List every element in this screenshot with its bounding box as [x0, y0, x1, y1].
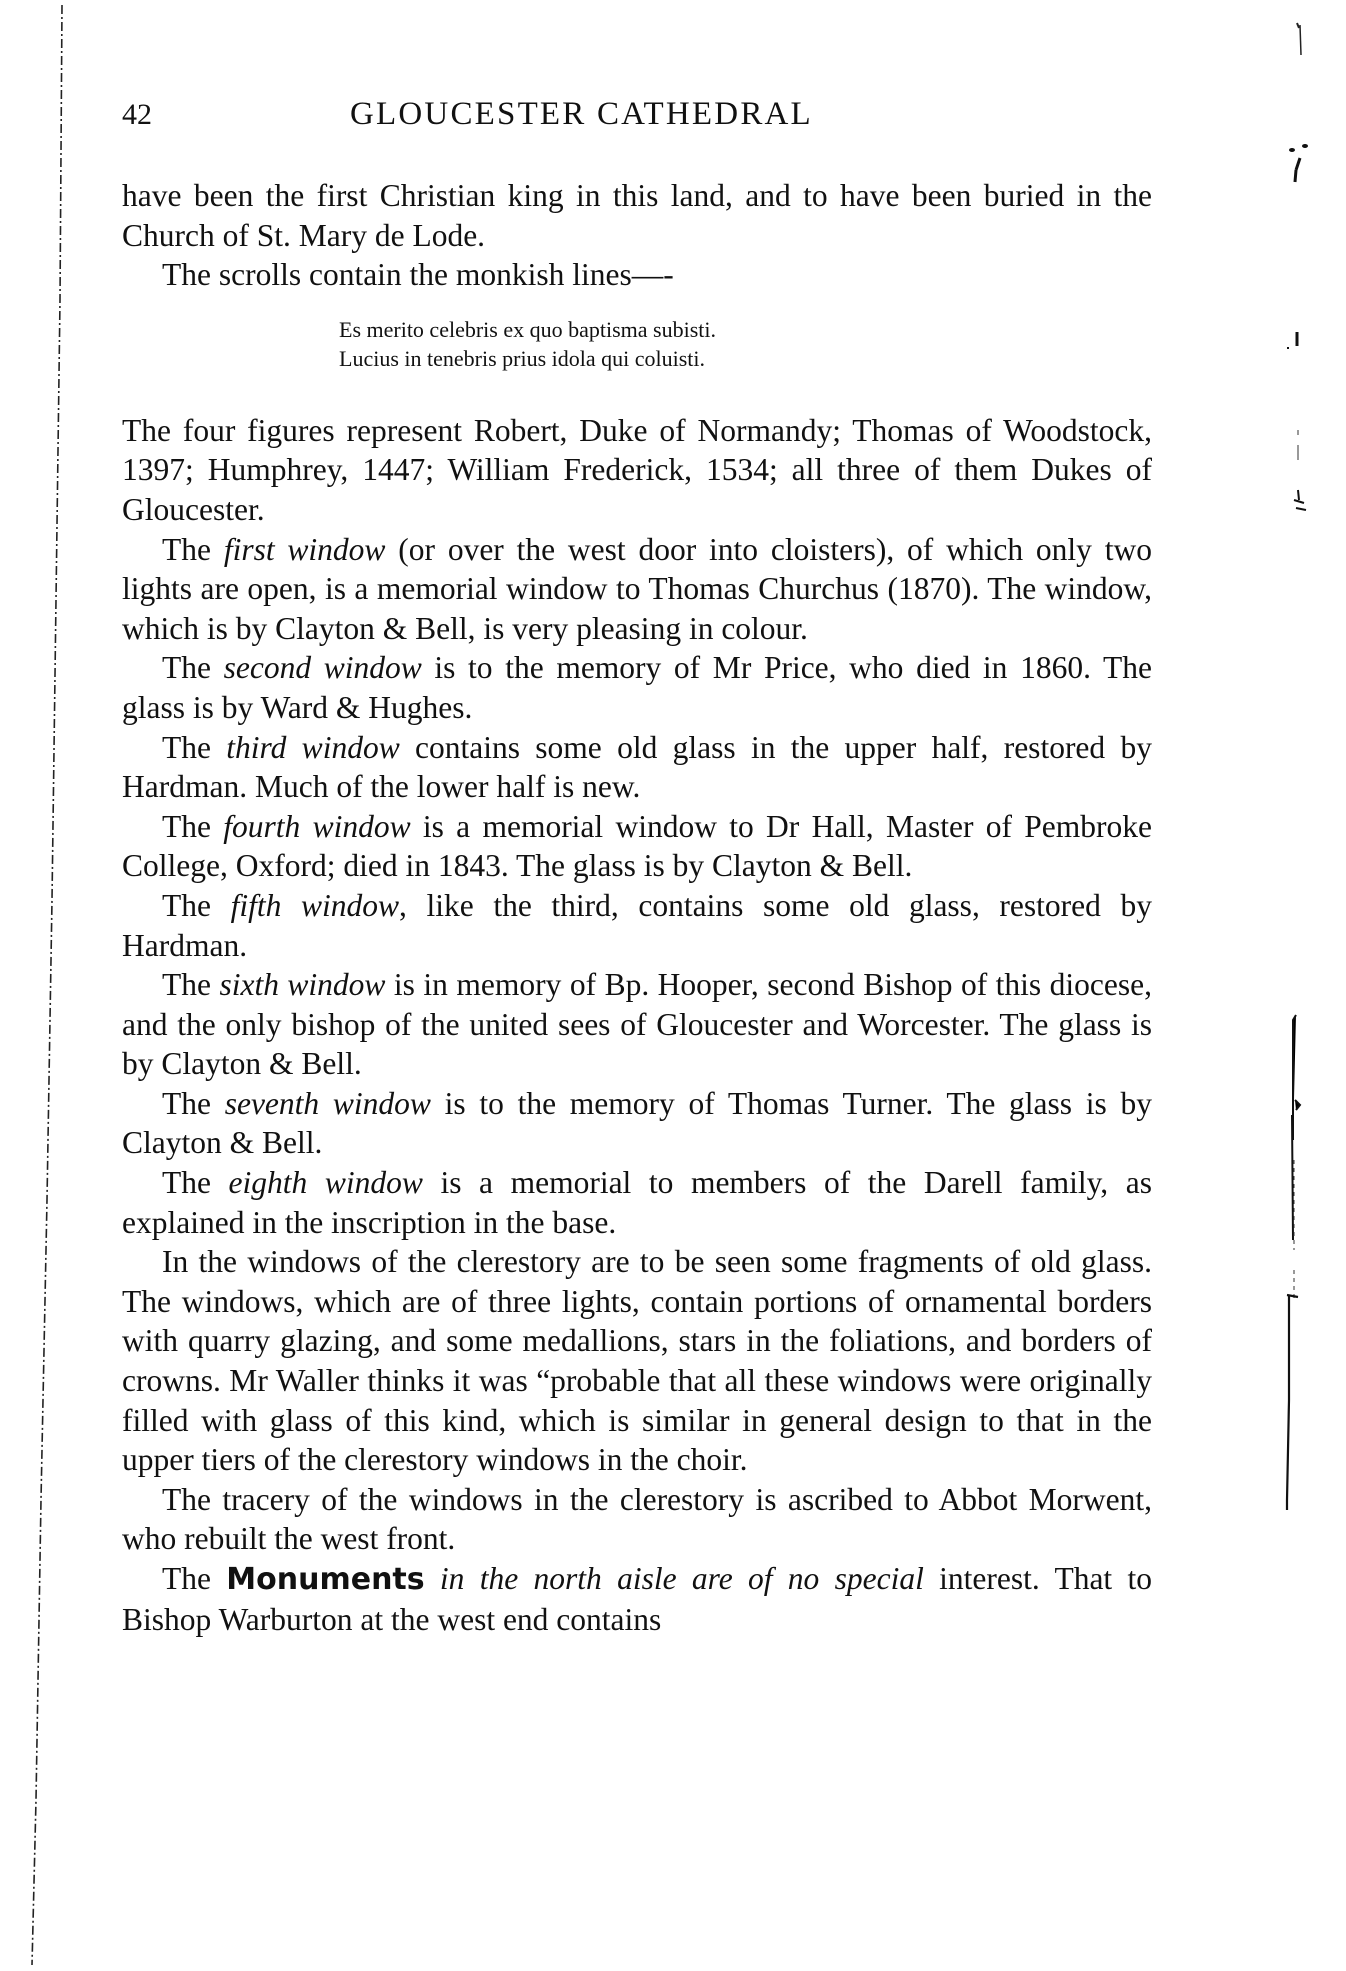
- paragraph-monuments: The Monuments in the north aisle are of …: [122, 1559, 1152, 1639]
- page-header: 42 GLOUCESTER CATHEDRAL: [122, 96, 1152, 136]
- paragraph-second-window: The second window is to the memory of Mr…: [122, 648, 1152, 727]
- paragraph-continuation: have been the first Christian king in th…: [122, 176, 1152, 255]
- paragraph-figures: The four figures represent Robert, Duke …: [122, 411, 1152, 530]
- text: The: [162, 532, 224, 567]
- page-number: 42: [122, 98, 152, 132]
- paragraph-scrolls: The scrolls contain the monkish lines—-: [122, 255, 1152, 295]
- text: The: [162, 888, 231, 923]
- paragraph-clerestory: In the windows of the clerestory are to …: [122, 1242, 1152, 1480]
- text: The: [162, 967, 219, 1002]
- paragraph-third-window: The third window contains some old glass…: [122, 728, 1152, 807]
- running-title: GLOUCESTER CATHEDRAL: [350, 96, 813, 133]
- window-title: sixth window: [219, 967, 385, 1002]
- paragraph-first-window: The first window (or over the west door …: [122, 530, 1152, 649]
- paragraph-fourth-window: The fourth window is a memorial window t…: [122, 807, 1152, 886]
- paragraph-tracery: The tracery of the windows in the cleres…: [122, 1480, 1152, 1559]
- body-text: have been the first Christian king in th…: [122, 176, 1152, 1639]
- verse-line: Lucius in tenebris prius idola qui colui…: [339, 344, 1152, 373]
- section-heading-monuments: Monuments: [226, 1562, 424, 1597]
- window-title: seventh window: [225, 1086, 431, 1121]
- text: The: [162, 730, 226, 765]
- latin-verse: Es merito celebris ex quo baptisma subis…: [339, 315, 1152, 373]
- window-title: eighth window: [229, 1165, 423, 1200]
- window-title: fourth window: [223, 809, 410, 844]
- paragraph-eighth-window: The eighth window is a memorial to membe…: [122, 1163, 1152, 1242]
- scan-artifacts: [1220, 0, 1346, 1971]
- paragraph-seventh-window: The seventh window is to the memory of T…: [122, 1084, 1152, 1163]
- page-edge-line: [0, 0, 100, 1971]
- text: The: [162, 1165, 229, 1200]
- text: The: [162, 1086, 225, 1121]
- paragraph-sixth-window: The sixth window is in memory of Bp. Hoo…: [122, 965, 1152, 1084]
- verse-line: Es merito celebris ex quo baptisma subis…: [339, 315, 1152, 344]
- window-title: third window: [226, 730, 399, 765]
- text: The: [162, 809, 223, 844]
- text: The: [162, 650, 224, 685]
- paragraph-fifth-window: The fifth window, like the third, contai…: [122, 886, 1152, 965]
- window-title: first window: [224, 532, 386, 567]
- text: The: [162, 1561, 226, 1596]
- text: in the north aisle are of no special: [425, 1561, 924, 1596]
- window-title: second window: [224, 650, 422, 685]
- window-title: fifth window: [231, 888, 399, 923]
